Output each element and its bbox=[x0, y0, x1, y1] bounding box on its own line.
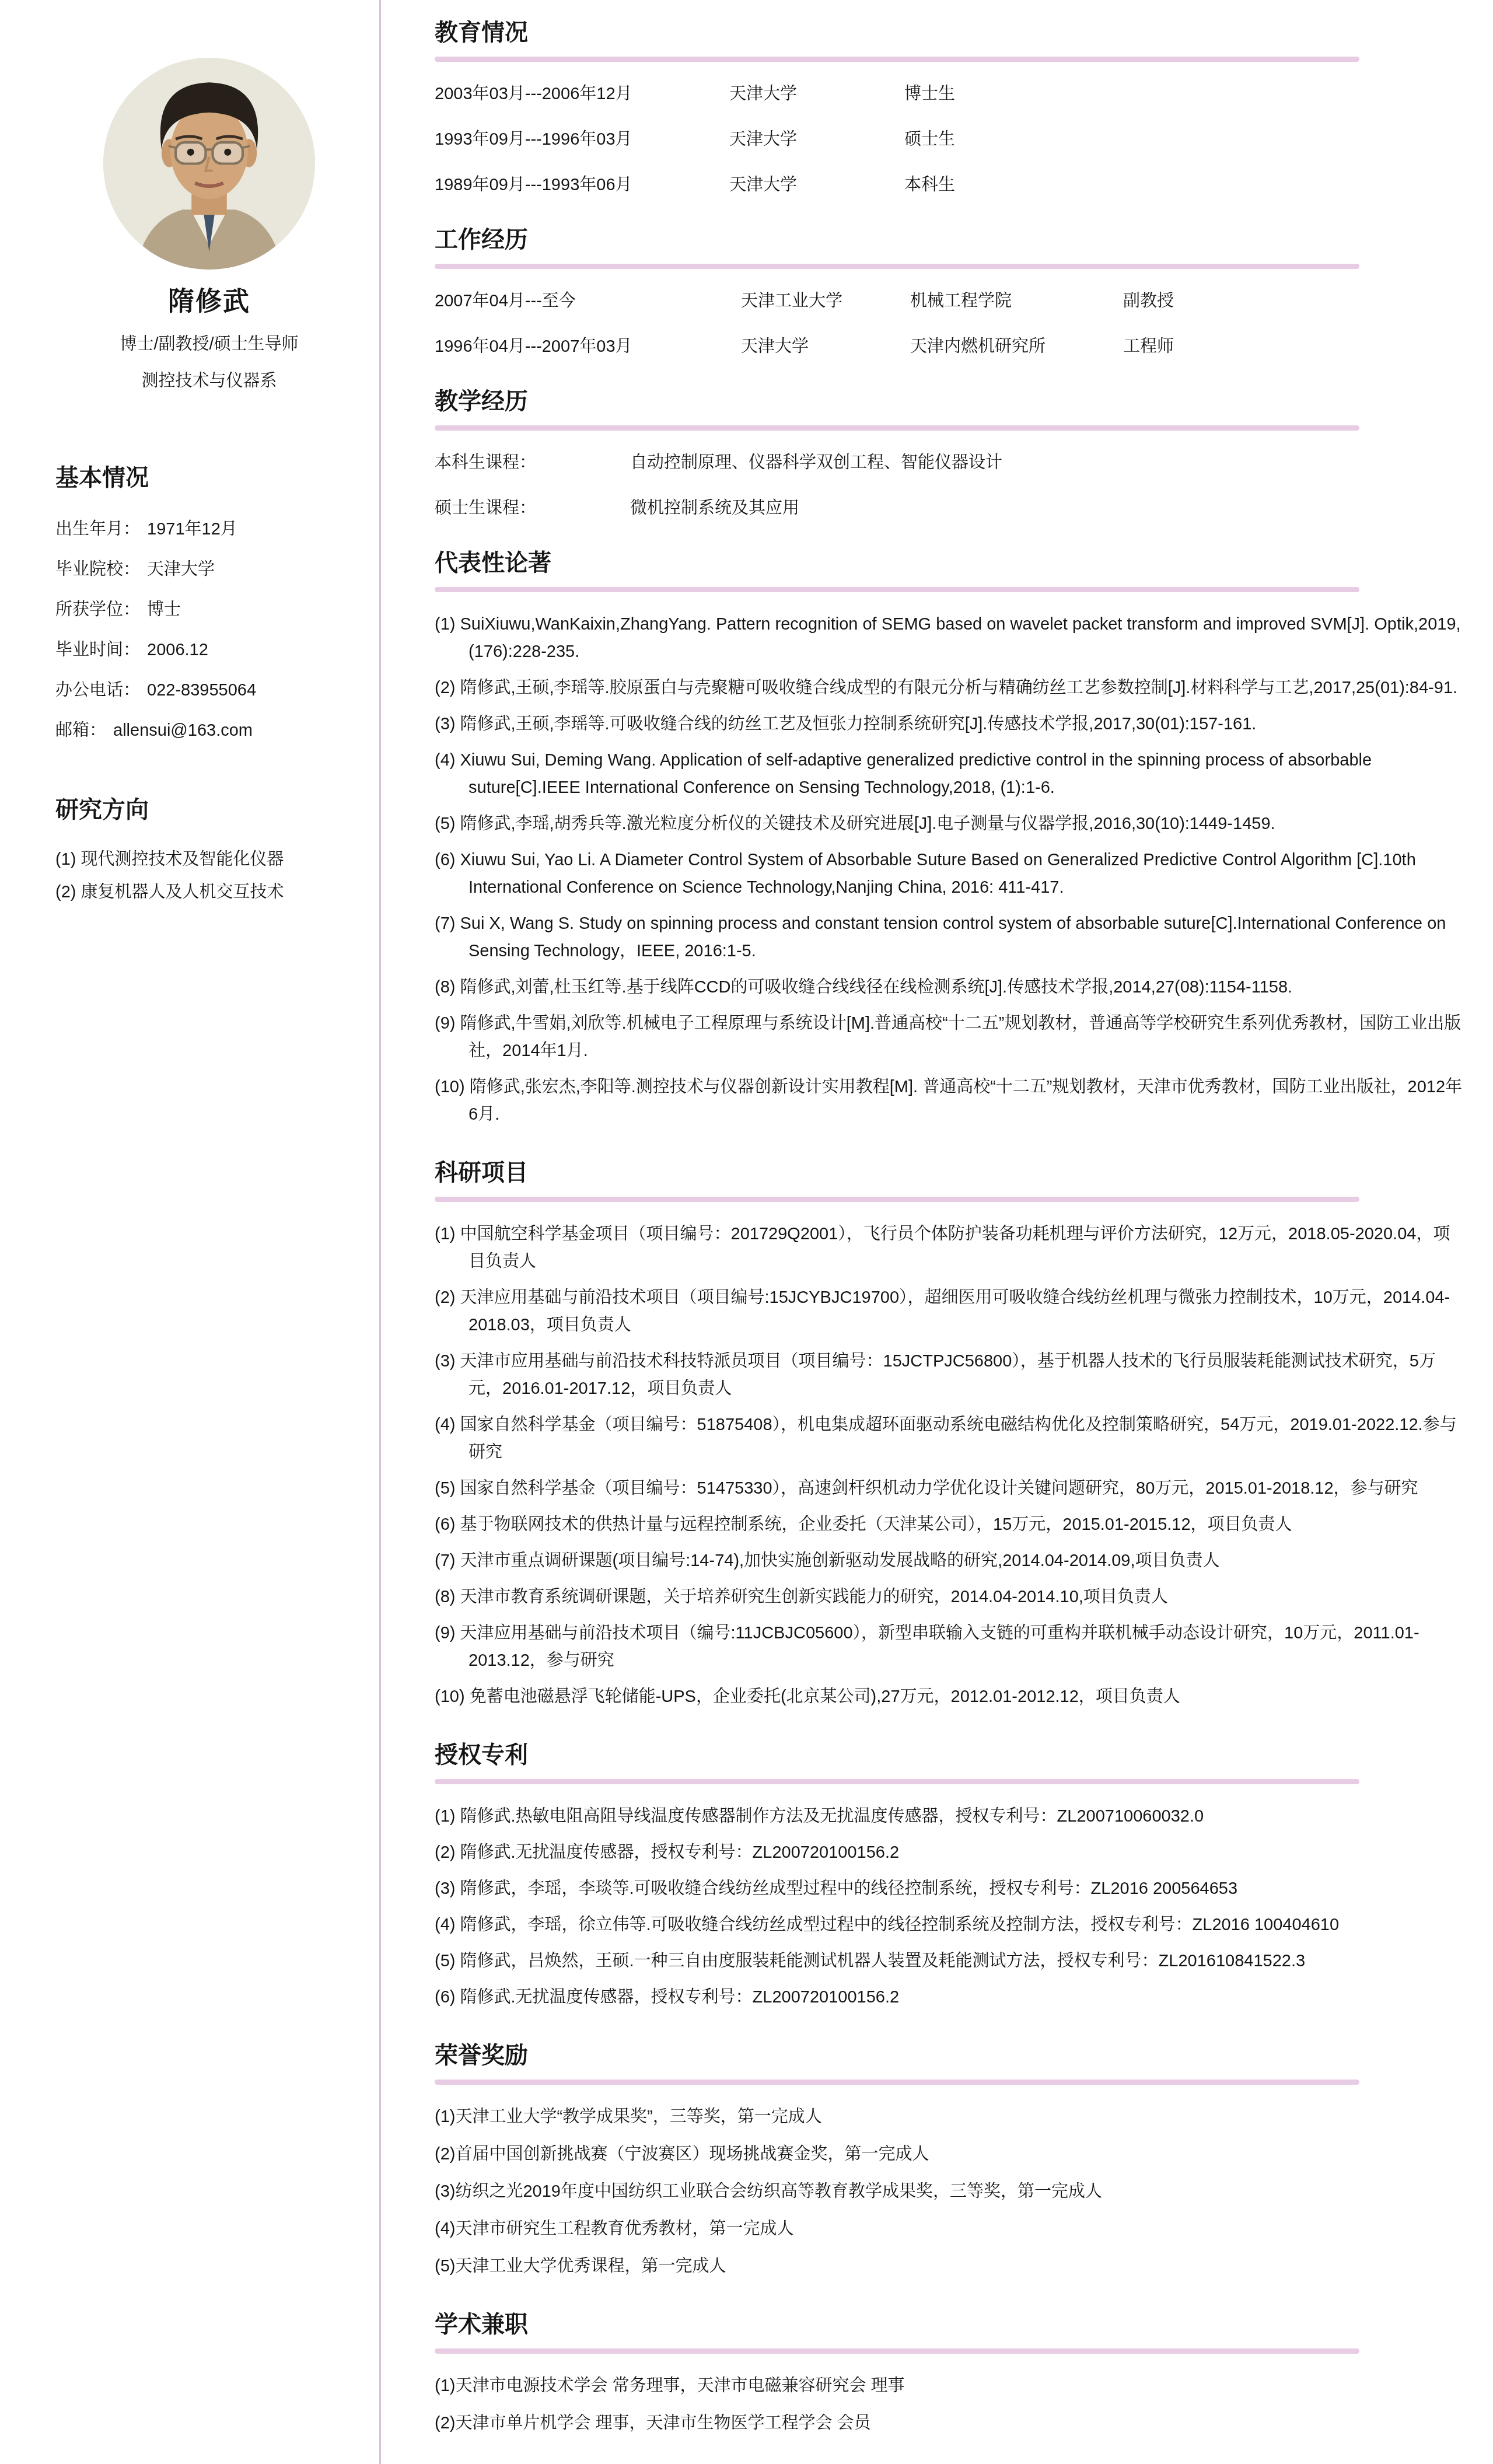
publication-item: (2) 隋修武,王硕,李瑶等.胶原蛋白与壳聚糖可吸收缝合线成型的有限元分析与精确… bbox=[435, 674, 1466, 702]
info-label: 邮箱： bbox=[55, 721, 106, 740]
work-experience-table: 2007年04月---至今 天津工业大学 机械工程学院 副教授 1996年04月… bbox=[435, 288, 1466, 357]
work-organization: 天津大学 bbox=[741, 333, 910, 357]
research-projects-list: (1) 中国航空科学基金项目（项目编号：201729Q2001），飞行员个体防护… bbox=[435, 1221, 1466, 1711]
work-department: 机械工程学院 bbox=[910, 288, 1123, 312]
info-value: 2006.12 bbox=[147, 641, 208, 659]
section-rule bbox=[435, 1779, 1359, 1784]
research-directions-section: 研究方向 (1) 现代测控技术及智能化仪器 (2) 康复机器人及人机交互技术 bbox=[55, 791, 368, 905]
work-experience-heading: 工作经历 bbox=[435, 221, 1470, 254]
education-section: 教育情况 2003年03月---2006年12月 天津大学 博士生 1993年0… bbox=[435, 14, 1470, 195]
course-list: 微机控制系统及其应用 bbox=[630, 495, 799, 519]
education-table: 2003年03月---2006年12月 天津大学 博士生 1993年09月---… bbox=[435, 81, 1466, 195]
publication-item: (10) 隋修武,张宏杰,李阳等.测控技术与仪器创新设计实用教程[M]. 普通高… bbox=[435, 1074, 1466, 1128]
patents-section: 授权专利 (1) 隋修武.热敏电阻高阻导线温度传感器制作方法及无扰温度传感器，授… bbox=[435, 1736, 1470, 2011]
publication-item: (8) 隋修武,刘蕾,杜玉红等.基于线阵CCD的可吸收缝合线线径在线检测系统[J… bbox=[435, 974, 1466, 1001]
membership-item: (2)天津市单片机学会 理事，天津市生物医学工程学会 会员 bbox=[435, 2410, 1466, 2437]
education-period: 2003年03月---2006年12月 bbox=[435, 81, 729, 104]
publication-item: (7) Sui X, Wang S. Study on spinning pro… bbox=[435, 910, 1466, 965]
project-item: (5) 国家自然科学基金（项目编号：51475330），高速剑杆织机动力学优化设… bbox=[435, 1475, 1466, 1502]
education-school: 天津大学 bbox=[729, 126, 904, 150]
course-row: 本科生课程： 自动控制原理、仪器科学双创工程、智能仪器设计 bbox=[435, 449, 1466, 473]
info-row: 邮箱：allensui@163.com bbox=[55, 717, 368, 741]
honor-item: (3)纺织之光2019年度中国纺织工业联合会纺织高等教育教学成果奖，三等奖，第一… bbox=[435, 2178, 1466, 2206]
patent-item: (2) 隋修武.无扰温度传感器，授权专利号：ZL200720100156.2 bbox=[435, 1839, 1466, 1867]
education-school: 天津大学 bbox=[729, 172, 904, 195]
info-value: 天津大学 bbox=[147, 560, 215, 579]
patent-item: (4) 隋修武，李瑶，徐立伟等.可吸收缝合线纺丝成型过程中的线径控制系统及控制方… bbox=[435, 1911, 1466, 1939]
education-degree: 硕士生 bbox=[904, 126, 955, 150]
info-row: 出生年月：1971年12月 bbox=[55, 516, 368, 540]
patent-item: (3) 隋修武，李瑶，李琰等.可吸收缝合线纺丝成型过程中的线径控制系统，授权专利… bbox=[435, 1875, 1466, 1903]
education-row: 2003年03月---2006年12月 天津大学 博士生 bbox=[435, 81, 1466, 104]
memberships-heading: 学术兼职 bbox=[435, 2306, 1470, 2339]
course-level-label: 本科生课程： bbox=[435, 449, 630, 473]
education-school: 天津大学 bbox=[729, 81, 904, 104]
patent-item: (5) 隋修武，吕焕然，王硕.一种三自由度服装耗能测试机器人装置及耗能测试方法，… bbox=[435, 1948, 1466, 1975]
info-value: 022-83955064 bbox=[147, 681, 256, 700]
honor-item: (4)天津市研究生工程教育优秀教材，第一完成人 bbox=[435, 2215, 1466, 2243]
work-period: 2007年04月---至今 bbox=[435, 288, 741, 312]
section-rule bbox=[435, 1197, 1359, 1202]
patents-heading: 授权专利 bbox=[435, 1736, 1470, 1770]
research-directions-list: (1) 现代测控技术及智能化仪器 (2) 康复机器人及人机交互技术 bbox=[55, 847, 368, 905]
research-directions-heading: 研究方向 bbox=[55, 791, 368, 824]
membership-item: (1)天津市电源技术学会 常务理事，天津市电磁兼容研究会 理事 bbox=[435, 2372, 1466, 2400]
faculty-profile-page: 隋修武 博士/副教授/硕士生导师 测控技术与仪器系 基本情况 出生年月：1971… bbox=[0, 0, 1493, 2464]
section-rule bbox=[435, 425, 1359, 431]
research-direction-item: (1) 现代测控技术及智能化仪器 bbox=[55, 847, 368, 872]
education-row: 1993年09月---1996年03月 天津大学 硕士生 bbox=[435, 126, 1466, 150]
info-label: 毕业院校： bbox=[55, 560, 140, 579]
honor-item: (2)首届中国创新挑战赛（宁波赛区）现场挑战赛金奖，第一完成人 bbox=[435, 2141, 1466, 2168]
honor-item: (1)天津工业大学“教学成果奖”，三等奖，第一完成人 bbox=[435, 2103, 1466, 2131]
info-label: 办公电话： bbox=[55, 681, 140, 700]
course-level-label: 硕士生课程： bbox=[435, 495, 630, 519]
info-row: 所获学位：博士 bbox=[55, 596, 368, 620]
profile-title: 博士/副教授/硕士生导师 bbox=[103, 331, 315, 355]
education-row: 1989年09月---1993年06月 天津大学 本科生 bbox=[435, 172, 1466, 195]
publication-item: (6) Xiuwu Sui, Yao Li. A Diameter Contro… bbox=[435, 847, 1466, 901]
info-value: 1971年12月 bbox=[147, 520, 237, 539]
section-rule bbox=[435, 264, 1359, 269]
publications-list: (1) SuiXiuwu,WanKaixin,ZhangYang. Patter… bbox=[435, 611, 1466, 1128]
project-item: (4) 国家自然科学基金（项目编号：51875408），机电集成超环面驱动系统电… bbox=[435, 1411, 1466, 1466]
work-row: 2007年04月---至今 天津工业大学 机械工程学院 副教授 bbox=[435, 288, 1466, 312]
memberships-section: 学术兼职 (1)天津市电源技术学会 常务理事，天津市电磁兼容研究会 理事 (2)… bbox=[435, 2306, 1470, 2437]
profile-department: 测控技术与仪器系 bbox=[103, 368, 315, 392]
person-portrait-icon bbox=[103, 58, 315, 270]
basic-info-section: 基本情况 出生年月：1971年12月 毕业院校：天津大学 所获学位：博士 bbox=[55, 459, 368, 741]
profile-photo bbox=[103, 58, 315, 270]
research-direction-item: (2) 康复机器人及人机交互技术 bbox=[55, 879, 368, 905]
patent-item: (6) 隋修武.无扰温度传感器，授权专利号：ZL200720100156.2 bbox=[435, 1984, 1466, 2011]
info-row: 毕业时间：2006.12 bbox=[55, 637, 368, 660]
basic-info-list: 出生年月：1971年12月 毕业院校：天津大学 所获学位：博士 毕业时间：200… bbox=[55, 516, 368, 741]
memberships-list: (1)天津市电源技术学会 常务理事，天津市电磁兼容研究会 理事 (2)天津市单片… bbox=[435, 2372, 1466, 2437]
info-value: allensui@163.com bbox=[113, 721, 253, 740]
publication-item: (4) Xiuwu Sui, Deming Wang. Application … bbox=[435, 747, 1466, 802]
course-row: 硕士生课程： 微机控制系统及其应用 bbox=[435, 495, 1466, 519]
profile-name: 隋修武 bbox=[103, 280, 315, 318]
work-department: 天津内燃机研究所 bbox=[910, 333, 1123, 357]
sidebar: 隋修武 博士/副教授/硕士生导师 测控技术与仪器系 基本情况 出生年月：1971… bbox=[0, 0, 381, 2464]
course-list: 自动控制原理、仪器科学双创工程、智能仪器设计 bbox=[630, 449, 1002, 473]
info-value: 博士 bbox=[147, 600, 181, 619]
research-projects-heading: 科研项目 bbox=[435, 1154, 1470, 1187]
basic-info-heading: 基本情况 bbox=[55, 459, 368, 492]
honor-item: (5)天津工业大学优秀课程，第一完成人 bbox=[435, 2253, 1466, 2280]
project-item: (8) 天津市教育系统调研课题，关于培养研究生创新实践能力的研究，2014.04… bbox=[435, 1584, 1466, 1611]
project-item: (3) 天津市应用基础与前沿技术科技特派员项目（项目编号：15JCTPJC568… bbox=[435, 1348, 1466, 1403]
research-projects-section: 科研项目 (1) 中国航空科学基金项目（项目编号：201729Q2001），飞行… bbox=[435, 1154, 1470, 1711]
publications-heading: 代表性论著 bbox=[435, 544, 1470, 578]
publication-item: (1) SuiXiuwu,WanKaixin,ZhangYang. Patter… bbox=[435, 611, 1466, 666]
info-row: 办公电话：022-83955064 bbox=[55, 677, 368, 701]
project-item: (9) 天津应用基础与前沿技术项目（编号:11JCBJC05600），新型串联输… bbox=[435, 1620, 1466, 1675]
teaching-section: 教学经历 本科生课程： 自动控制原理、仪器科学双创工程、智能仪器设计 硕士生课程… bbox=[435, 383, 1470, 519]
work-period: 1996年04月---2007年03月 bbox=[435, 333, 741, 357]
work-title: 副教授 bbox=[1123, 288, 1174, 312]
info-label: 所获学位： bbox=[55, 600, 140, 619]
publication-item: (5) 隋修武,李瑶,胡秀兵等.激光粒度分析仪的关键技术及研究进展[J].电子测… bbox=[435, 810, 1466, 838]
info-label: 毕业时间： bbox=[55, 641, 140, 659]
work-title: 工程师 bbox=[1123, 333, 1174, 357]
profile-card: 隋修武 博士/副教授/硕士生导师 测控技术与仪器系 bbox=[103, 58, 315, 392]
patents-list: (1) 隋修武.热敏电阻高阻导线温度传感器制作方法及无扰温度传感器，授权专利号：… bbox=[435, 1803, 1466, 2011]
education-heading: 教育情况 bbox=[435, 14, 1470, 47]
section-rule bbox=[435, 2079, 1359, 2085]
section-rule bbox=[435, 587, 1359, 592]
teaching-table: 本科生课程： 自动控制原理、仪器科学双创工程、智能仪器设计 硕士生课程： 微机控… bbox=[435, 449, 1466, 519]
honors-list: (1)天津工业大学“教学成果奖”，三等奖，第一完成人 (2)首届中国创新挑战赛（… bbox=[435, 2103, 1466, 2280]
project-item: (10) 免蓄电池磁悬浮飞轮储能-UPS，企业委托(北京某公司),27万元，20… bbox=[435, 1683, 1466, 1711]
work-row: 1996年04月---2007年03月 天津大学 天津内燃机研究所 工程师 bbox=[435, 333, 1466, 357]
project-item: (2) 天津应用基础与前沿技术项目（项目编号:15JCYBJC19700），超细… bbox=[435, 1284, 1466, 1339]
education-degree: 博士生 bbox=[904, 81, 955, 104]
patent-item: (1) 隋修武.热敏电阻高阻导线温度传感器制作方法及无扰温度传感器，授权专利号：… bbox=[435, 1803, 1466, 1830]
education-period: 1989年09月---1993年06月 bbox=[435, 172, 729, 195]
honors-section: 荣誉奖励 (1)天津工业大学“教学成果奖”，三等奖，第一完成人 (2)首届中国创… bbox=[435, 2037, 1470, 2280]
teaching-heading: 教学经历 bbox=[435, 383, 1470, 416]
honors-heading: 荣誉奖励 bbox=[435, 2037, 1470, 2070]
education-period: 1993年09月---1996年03月 bbox=[435, 126, 729, 150]
project-item: (6) 基于物联网技术的供热计量与远程控制系统，企业委托（天津某公司），15万元… bbox=[435, 1511, 1466, 1539]
education-degree: 本科生 bbox=[904, 172, 955, 195]
work-organization: 天津工业大学 bbox=[741, 288, 910, 312]
info-row: 毕业院校：天津大学 bbox=[55, 556, 368, 580]
project-item: (7) 天津市重点调研课题(项目编号:14-74),加快实施创新驱动发展战略的研… bbox=[435, 1547, 1466, 1575]
work-experience-section: 工作经历 2007年04月---至今 天津工业大学 机械工程学院 副教授 199… bbox=[435, 221, 1470, 357]
publications-section: 代表性论著 (1) SuiXiuwu,WanKaixin,ZhangYang. … bbox=[435, 544, 1470, 1128]
publication-item: (3) 隋修武,王硕,李瑶等.可吸收缝合线的纺丝工艺及恒张力控制系统研究[J].… bbox=[435, 711, 1466, 738]
main-content: 教育情况 2003年03月---2006年12月 天津大学 博士生 1993年0… bbox=[381, 0, 1493, 2464]
project-item: (1) 中国航空科学基金项目（项目编号：201729Q2001），飞行员个体防护… bbox=[435, 1221, 1466, 1275]
section-rule bbox=[435, 57, 1359, 62]
section-rule bbox=[435, 2348, 1359, 2354]
publication-item: (9) 隋修武,牛雪娟,刘欣等.机械电子工程原理与系统设计[M].普通高校“十二… bbox=[435, 1010, 1466, 1065]
info-label: 出生年月： bbox=[55, 520, 140, 539]
